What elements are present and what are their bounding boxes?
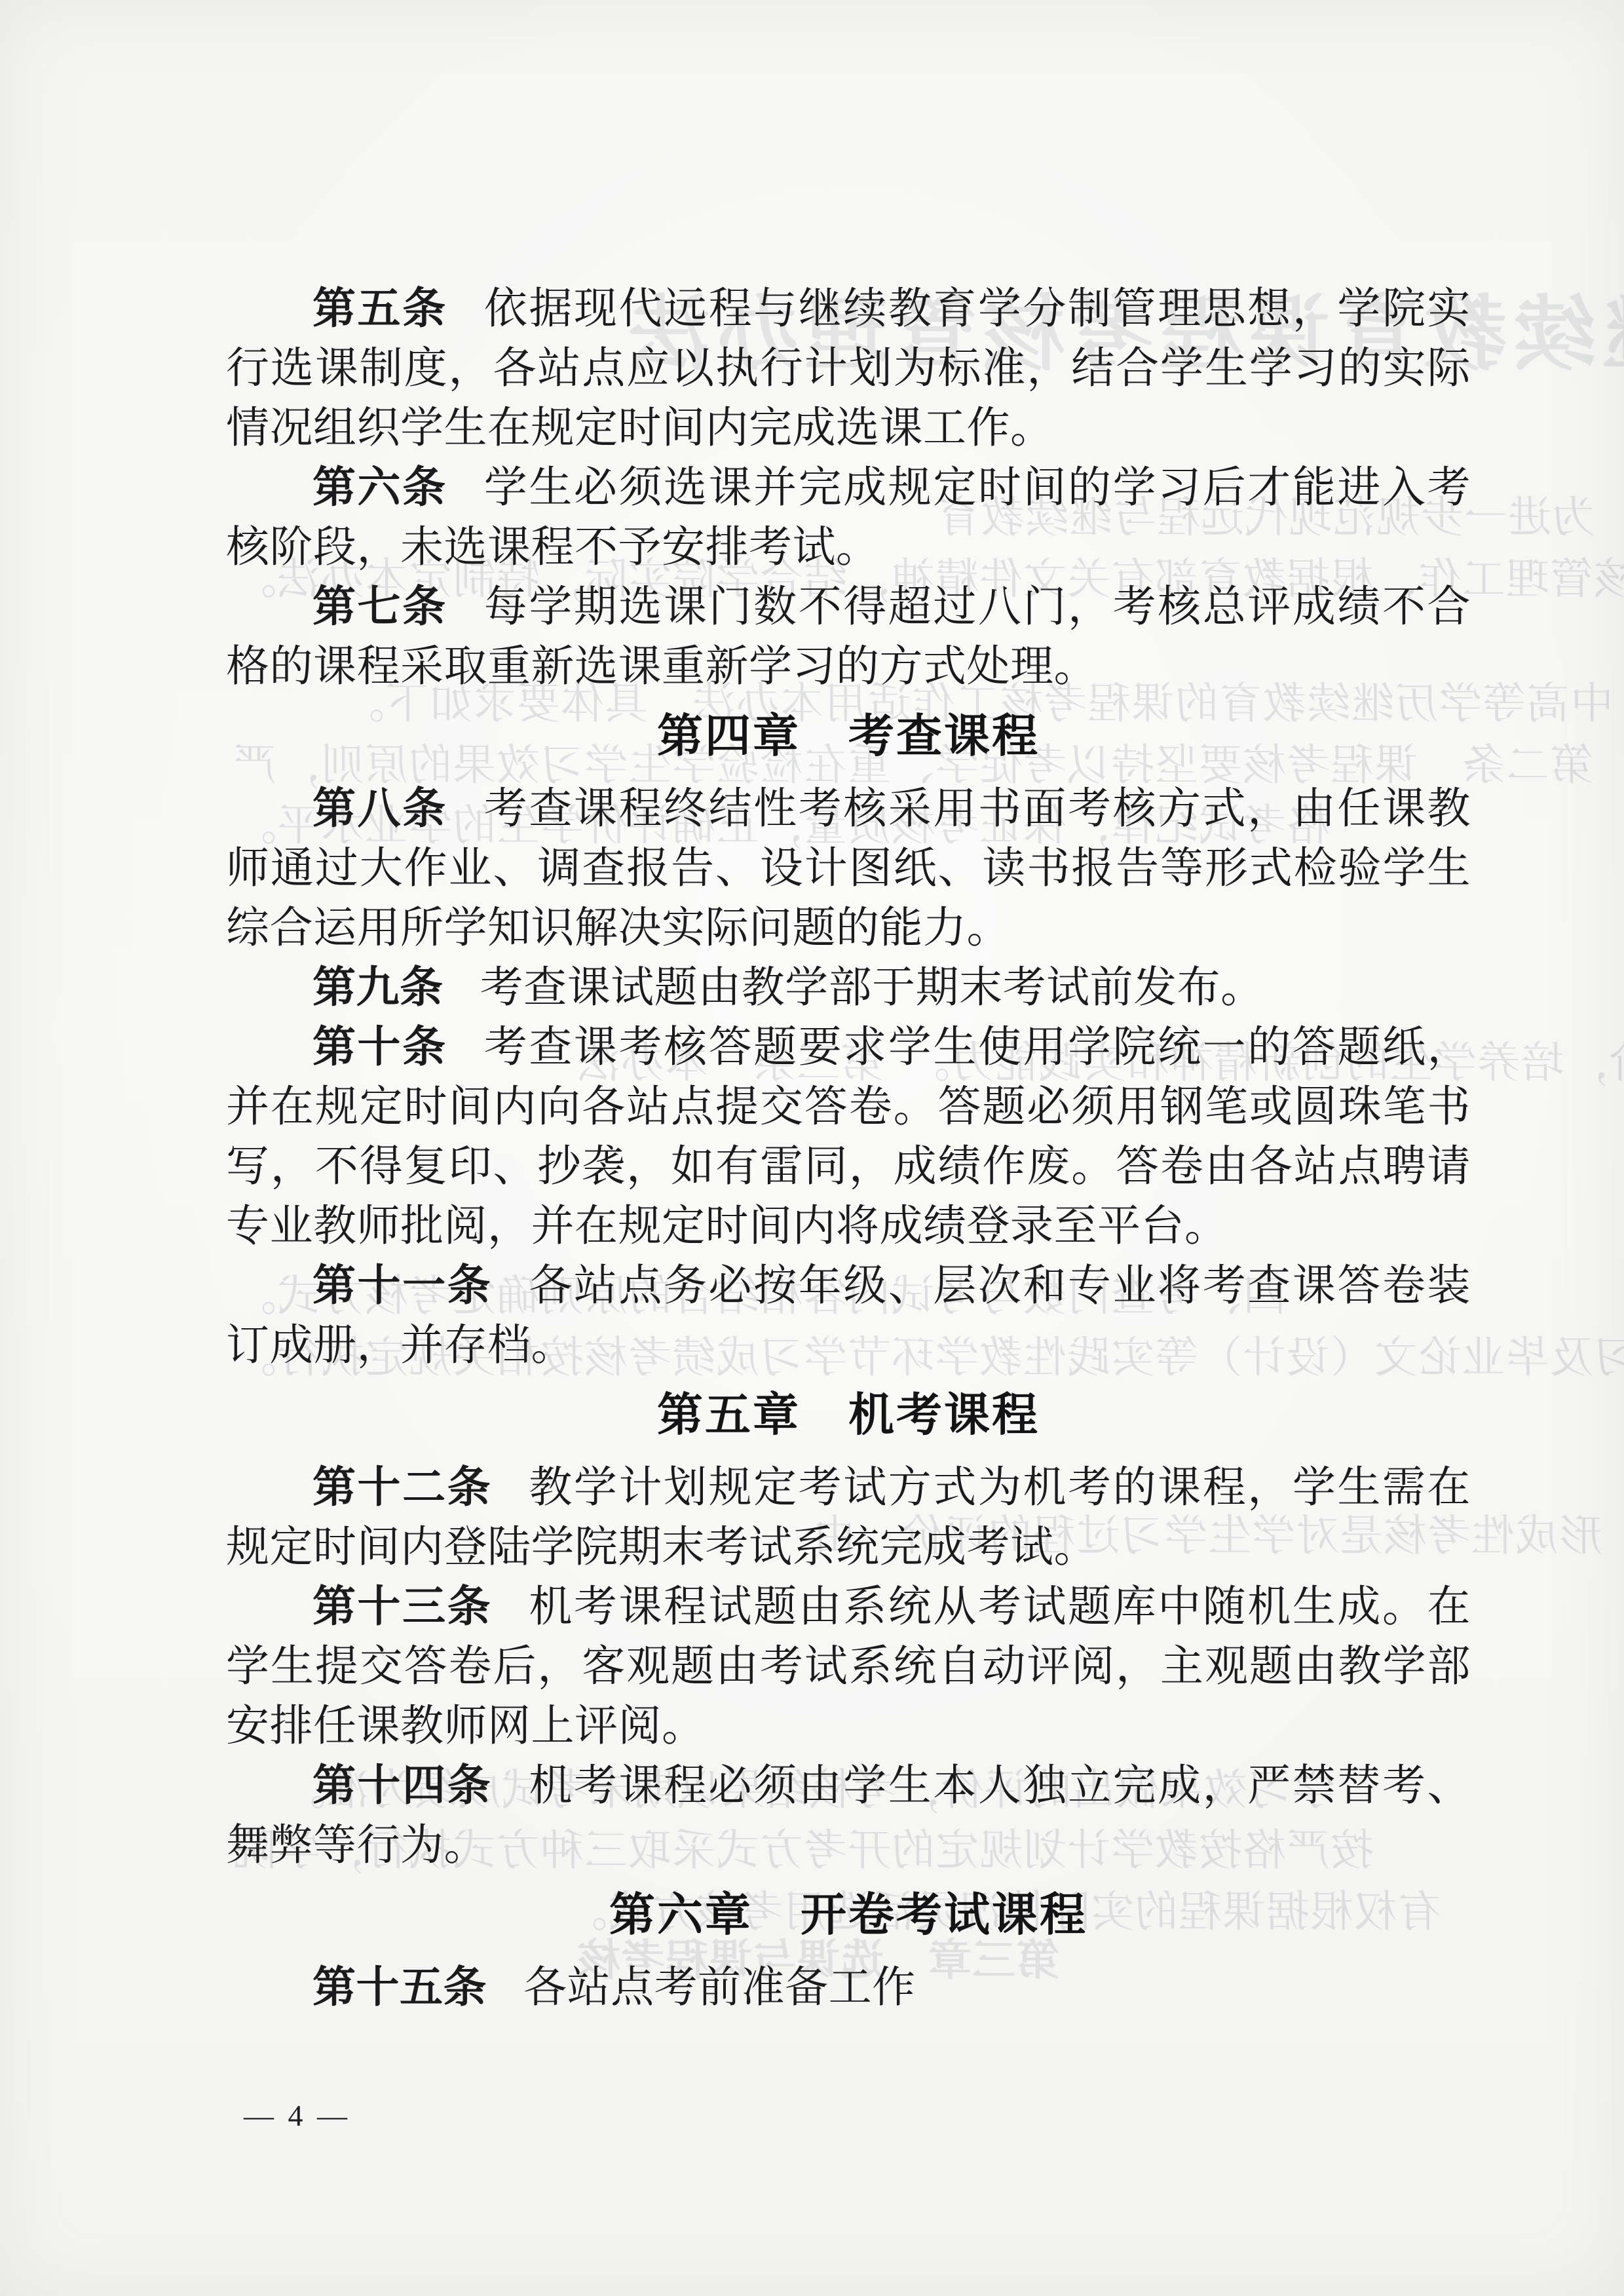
article-12-number: 第十二条 xyxy=(312,1464,492,1512)
article-6-number: 第六条 xyxy=(312,464,447,512)
article-5-number: 第五条 xyxy=(312,285,447,333)
scanned-document-page: 继续教育课程考核管理办法 第一条 为进一步规范现代远程与继续教育 考核管理工作，… xyxy=(0,0,1624,2296)
article-14: 第十四条机考课程必须由学生本人独立完成，严禁替考、舞弊等行为。 xyxy=(226,1756,1471,1875)
article-8-number: 第八条 xyxy=(312,785,447,833)
article-9: 第九条考查课试题由教学部于期末考试前发布。 xyxy=(226,958,1471,1018)
article-13-number: 第十三条 xyxy=(312,1583,492,1631)
article-8: 第八条考查课程终结性考核采用书面考核方式，由任课教师通过大作业、调查报告、设计图… xyxy=(226,779,1471,958)
article-15: 第十五条各站点考前准备工作 xyxy=(226,1958,1471,2018)
page-number: — 4 — xyxy=(244,2098,350,2133)
article-9-text: 考查课试题由教学部于期末考试前发布。 xyxy=(480,964,1264,1012)
chapter-4-heading: 第四章 考查课程 xyxy=(226,706,1471,766)
article-6: 第六条学生必须选课并完成规定时间的学习后才能进入考核阶段，未选课程不予安排考试。 xyxy=(226,458,1471,577)
article-15-text: 各站点考前准备工作 xyxy=(523,1964,916,2012)
chapter-5-heading: 第五章 机考课程 xyxy=(226,1385,1471,1445)
article-9-number: 第九条 xyxy=(312,964,444,1012)
article-11: 第十一条各站点务必按年级、层次和专业将考查课答卷装订成册，并存档。 xyxy=(226,1256,1471,1375)
chapter-6-heading: 第六章 开卷考试课程 xyxy=(226,1885,1471,1945)
article-14-number: 第十四条 xyxy=(312,1762,492,1810)
article-12: 第十二条教学计划规定考试方式为机考的课程，学生需在规定时间内登陆学院期末考试系统… xyxy=(226,1458,1471,1577)
document-body: 第五条依据现代远程与继续教育学分制管理思想，学院实行选课制度，各站点应以执行计划… xyxy=(226,279,1471,2018)
article-11-number: 第十一条 xyxy=(312,1262,492,1310)
article-5: 第五条依据现代远程与继续教育学分制管理思想，学院实行选课制度，各站点应以执行计划… xyxy=(226,279,1471,458)
article-10: 第十条考查课考核答题要求学生使用学院统一的答题纸，并在规定时间内向各站点提交答卷… xyxy=(226,1018,1471,1256)
article-7: 第七条每学期选课门数不得超过八门，考核总评成绩不合格的课程采取重新选课重新学习的… xyxy=(226,577,1471,697)
article-7-number: 第七条 xyxy=(312,583,447,631)
article-13: 第十三条机考课程试题由系统从考试题库中随机生成。在学生提交答卷后，客观题由考试系… xyxy=(226,1577,1471,1756)
article-10-number: 第十条 xyxy=(312,1024,447,1071)
article-15-number: 第十五条 xyxy=(312,1964,487,2012)
